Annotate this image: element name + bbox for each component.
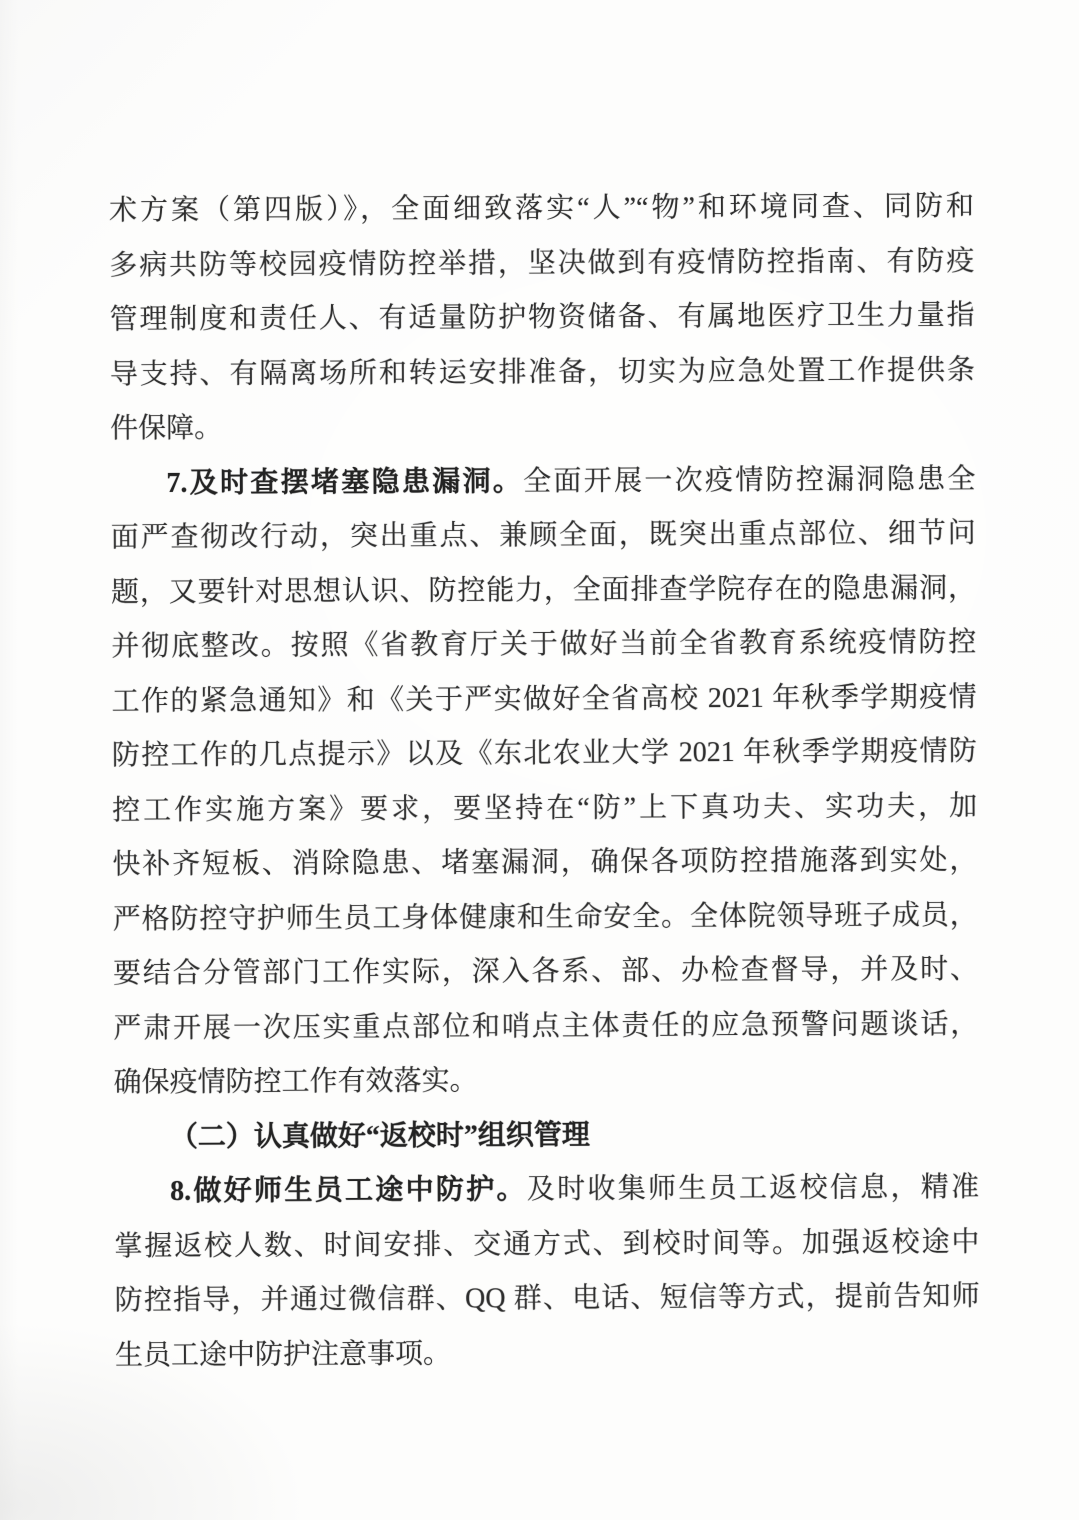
text-line: 防控工作的几点提示》以及《东北农业大学 2021 年秋季学期疫情防: [112, 725, 977, 784]
text-line: 要结合分管部门工作实际，深入各系、部、办检查督导，并及时、: [113, 943, 978, 1002]
text-line: 防控指导，并通过微信群、QQ 群、电话、短信等方式，提前告知师: [115, 1270, 980, 1329]
text-run: 确保疫情防控工作有效落实。: [113, 1065, 477, 1098]
text-run: 快补齐短板、消除隐患、堵塞漏洞，确保各项防控措施落到实处，: [112, 845, 977, 881]
text-line: （二）认真做好“返校时”组织管理: [114, 1106, 979, 1165]
text-run: 导支持、有隔离场所和转运安排准备，切实为应急处置工作提供条: [110, 354, 975, 390]
text-line: 件保障。: [110, 398, 975, 457]
paragraph-8: 8.做好师生员工途中防护。及时收集师生员工返校信息，精准掌握返校人数、时间安排、…: [114, 1161, 980, 1384]
text-line: 生员工途中防护注意事项。: [115, 1324, 980, 1383]
text-line: 确保疫情防控工作有效落实。: [113, 1052, 978, 1111]
text-line: 面严查彻改行动，突出重点、兼顾全面，既突出重点部位、细节问: [111, 507, 976, 566]
text-line: 7.及时查摆堵塞隐患漏洞。全面开展一次疫情防控漏洞隐患全: [110, 452, 975, 511]
text-line: 并彻底整改。按照《省教育厅关于做好当前全省教育系统疫情防控: [111, 616, 976, 675]
text-run: 严格防控守护师生员工身体健康和生命安全。全体院领导班子成员，: [113, 899, 978, 935]
text-line: 术方案（第四版）》，全面细致落实“人”“物”和环境同查、同防和: [109, 180, 974, 239]
text-run: 管理制度和责任人、有适量防护物资储备、有属地医疗卫生力量指: [109, 300, 974, 336]
text-line: 多病共防等校园疫情防控举措，坚决做到有疫情防控指南、有防疫: [109, 234, 974, 293]
bold-text-run: 7.及时查摆堵塞隐患漏洞。: [166, 466, 523, 499]
text-line: 题，又要针对思想认识、防控能力，全面排查学院存在的隐患漏洞，: [111, 561, 976, 620]
document-page: 术方案（第四版）》，全面细致落实“人”“物”和环境同查、同防和多病共防等校园疫情…: [0, 0, 1079, 1520]
text-run: 掌握返校人数、时间安排、交通方式、到校时间等。加强返校途中: [114, 1226, 979, 1262]
paragraph-7: 7.及时查摆堵塞隐患漏洞。全面开展一次疫情防控漏洞隐患全面严查彻改行动，突出重点…: [110, 452, 978, 1111]
text-run: 术方案（第四版）》，全面细致落实“人”“物”和环境同查、同防和: [109, 191, 974, 227]
text-line: 快补齐短板、消除隐患、堵塞漏洞，确保各项防控措施落到实处，: [112, 834, 977, 893]
text-line: 严肃开展一次压实重点部位和哨点主体责任的应急预警问题谈话，: [113, 997, 978, 1056]
text-run: 面严查彻改行动，突出重点、兼顾全面，既突出重点部位、细节问: [111, 518, 976, 554]
text-run: 防控指导，并通过微信群、QQ 群、电话、短信等方式，提前告知师: [115, 1281, 980, 1317]
text-run: 工作的紧急通知》和《关于严实做好全省高校 2021 年秋季学期疫情: [111, 681, 976, 717]
text-line: 8.做好师生员工途中防护。及时收集师生员工返校信息，精准: [114, 1161, 979, 1220]
text-run: 防控工作的几点提示》以及《东北农业大学 2021 年秋季学期疫情防: [112, 736, 977, 772]
text-run: 件保障。: [110, 413, 222, 445]
text-run: 题，又要针对思想认识、防控能力，全面排查学院存在的隐患漏洞，: [111, 572, 976, 608]
paragraph-continuation: 术方案（第四版）》，全面细致落实“人”“物”和环境同查、同防和多病共防等校园疫情…: [109, 180, 975, 457]
text-run: 多病共防等校园疫情防控举措，坚决做到有疫情防控指南、有防疫: [109, 245, 974, 281]
text-run: 要结合分管部门工作实际，深入各系、部、办检查督导，并及时、: [113, 954, 978, 990]
text-line: 控工作实施方案》要求，要坚持在“防”上下真功夫、实功夫，加: [112, 779, 977, 838]
text-line: 工作的紧急通知》和《关于严实做好全省高校 2021 年秋季学期疫情: [111, 670, 976, 729]
text-run: 严肃开展一次压实重点部位和哨点主体责任的应急预警问题谈话，: [113, 1008, 978, 1044]
text-line: 掌握返校人数、时间安排、交通方式、到校时间等。加强返校途中: [114, 1215, 979, 1274]
text-line: 严格防控守护师生员工身体健康和生命安全。全体院领导班子成员，: [113, 888, 978, 947]
text-line: 导支持、有隔离场所和转运安排准备，切实为应急处置工作提供条: [110, 343, 975, 402]
text-line: 管理制度和责任人、有适量防护物资储备、有属地医疗卫生力量指: [109, 289, 974, 348]
bold-text-run: 8.做好师生员工途中防护。: [170, 1174, 527, 1207]
text-run: 控工作实施方案》要求，要坚持在“防”上下真功夫、实功夫，加: [112, 790, 977, 826]
text-run: 并彻底整改。按照《省教育厅关于做好当前全省教育系统疫情防控: [111, 627, 976, 663]
bold-text-run: （二）认真做好“返校时”组织管理: [170, 1119, 590, 1152]
text-run: 生员工途中防护注意事项。: [115, 1338, 451, 1371]
document-body: 术方案（第四版）》，全面细致落实“人”“物”和环境同查、同防和多病共防等校园疫情…: [109, 180, 980, 1384]
section-heading-2: （二）认真做好“返校时”组织管理: [114, 1106, 979, 1165]
text-run: 全面开展一次疫情防控漏洞隐患全: [523, 463, 975, 496]
text-run: 及时收集师生员工返校信息，精准: [527, 1172, 979, 1205]
